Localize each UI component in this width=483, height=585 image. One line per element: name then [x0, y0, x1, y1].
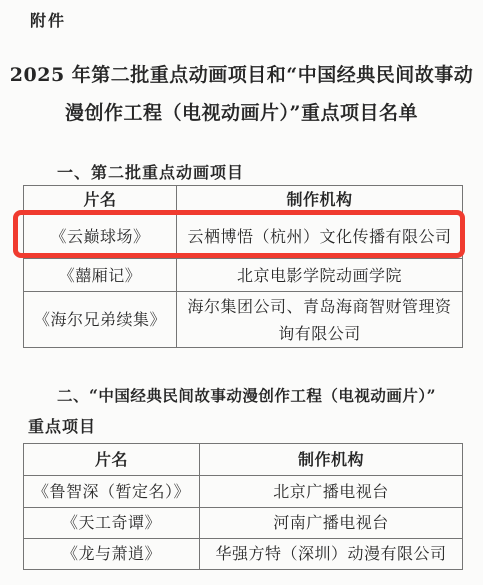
film-title-cell: 《鲁智深（暂定名）》: [24, 476, 200, 508]
film-title-cell: 《云巅球场》: [24, 214, 177, 259]
film-title-cell: 《海尔兄弟续集》: [24, 292, 177, 348]
table1-row-haier: 《海尔兄弟续集》 海尔集团公司、青岛海商智财管理资询有限公司: [24, 292, 463, 348]
producer-cell: 云栖博悟（杭州）文化传播有限公司: [177, 214, 463, 259]
table1-header-film-title: 片名: [24, 186, 177, 214]
film-title-cell: 《龙与萧逍》: [24, 539, 200, 570]
table1-header-row: 片名 制作机构: [24, 186, 463, 214]
section1-projects-table: 片名 制作机构 《云巅球场》 云栖博悟（杭州）文化传播有限公司 《囍厢记》 北京…: [23, 185, 463, 348]
section2-projects-table: 片名 制作机构 《鲁智深（暂定名）》 北京广播电视台 《天工奇谭》 河南广播电视…: [23, 443, 463, 570]
producer-cell: 北京广播电视台: [200, 476, 463, 508]
producer-cell: 华强方特（深圳）动漫有限公司: [200, 539, 463, 570]
producer-cell: 北京电影学院动画学院: [177, 259, 463, 292]
table2-row-luzhishen: 《鲁智深（暂定名）》 北京广播电视台: [24, 476, 463, 508]
film-title-cell: 《天工奇谭》: [24, 508, 200, 539]
table2-header-row: 片名 制作机构: [24, 444, 463, 476]
document-title-line2: 漫创作工程（电视动画片）”重点项目名单: [0, 94, 483, 132]
attachment-label: 附件: [30, 8, 66, 31]
table1-header-producer: 制作机构: [177, 186, 463, 214]
table2-row-tiangongqitan: 《天工奇谭》 河南广播电视台: [24, 508, 463, 539]
producer-cell: 海尔集团公司、青岛海商智财管理资询有限公司: [177, 292, 463, 348]
table2-row-longyuxiaoxiao: 《龙与萧逍》 华强方特（深圳）动漫有限公司: [24, 539, 463, 570]
document-page: 附件 2025 年第二批重点动画项目和“中国经典民间故事动 漫创作工程（电视动画…: [0, 0, 483, 585]
document-title-line1: 2025 年第二批重点动画项目和“中国经典民间故事动: [0, 56, 483, 94]
table1-row-yundian: 《云巅球场》 云栖博悟（杭州）文化传播有限公司: [24, 214, 463, 259]
section1-heading: 一、第二批重点动画项目: [57, 160, 244, 183]
film-title-cell: 《囍厢记》: [24, 259, 177, 292]
section2-heading-line2: 重点项目: [28, 414, 96, 437]
table1-row-xixiangji: 《囍厢记》 北京电影学院动画学院: [24, 259, 463, 292]
section2-heading-line1: 二、“中国经典民间故事动漫创作工程（电视动画片）”: [57, 384, 436, 406]
table2-header-producer: 制作机构: [200, 444, 463, 476]
document-title: 2025 年第二批重点动画项目和“中国经典民间故事动 漫创作工程（电视动画片）”…: [0, 56, 483, 132]
table2-header-film-title: 片名: [24, 444, 200, 476]
producer-cell: 河南广播电视台: [200, 508, 463, 539]
